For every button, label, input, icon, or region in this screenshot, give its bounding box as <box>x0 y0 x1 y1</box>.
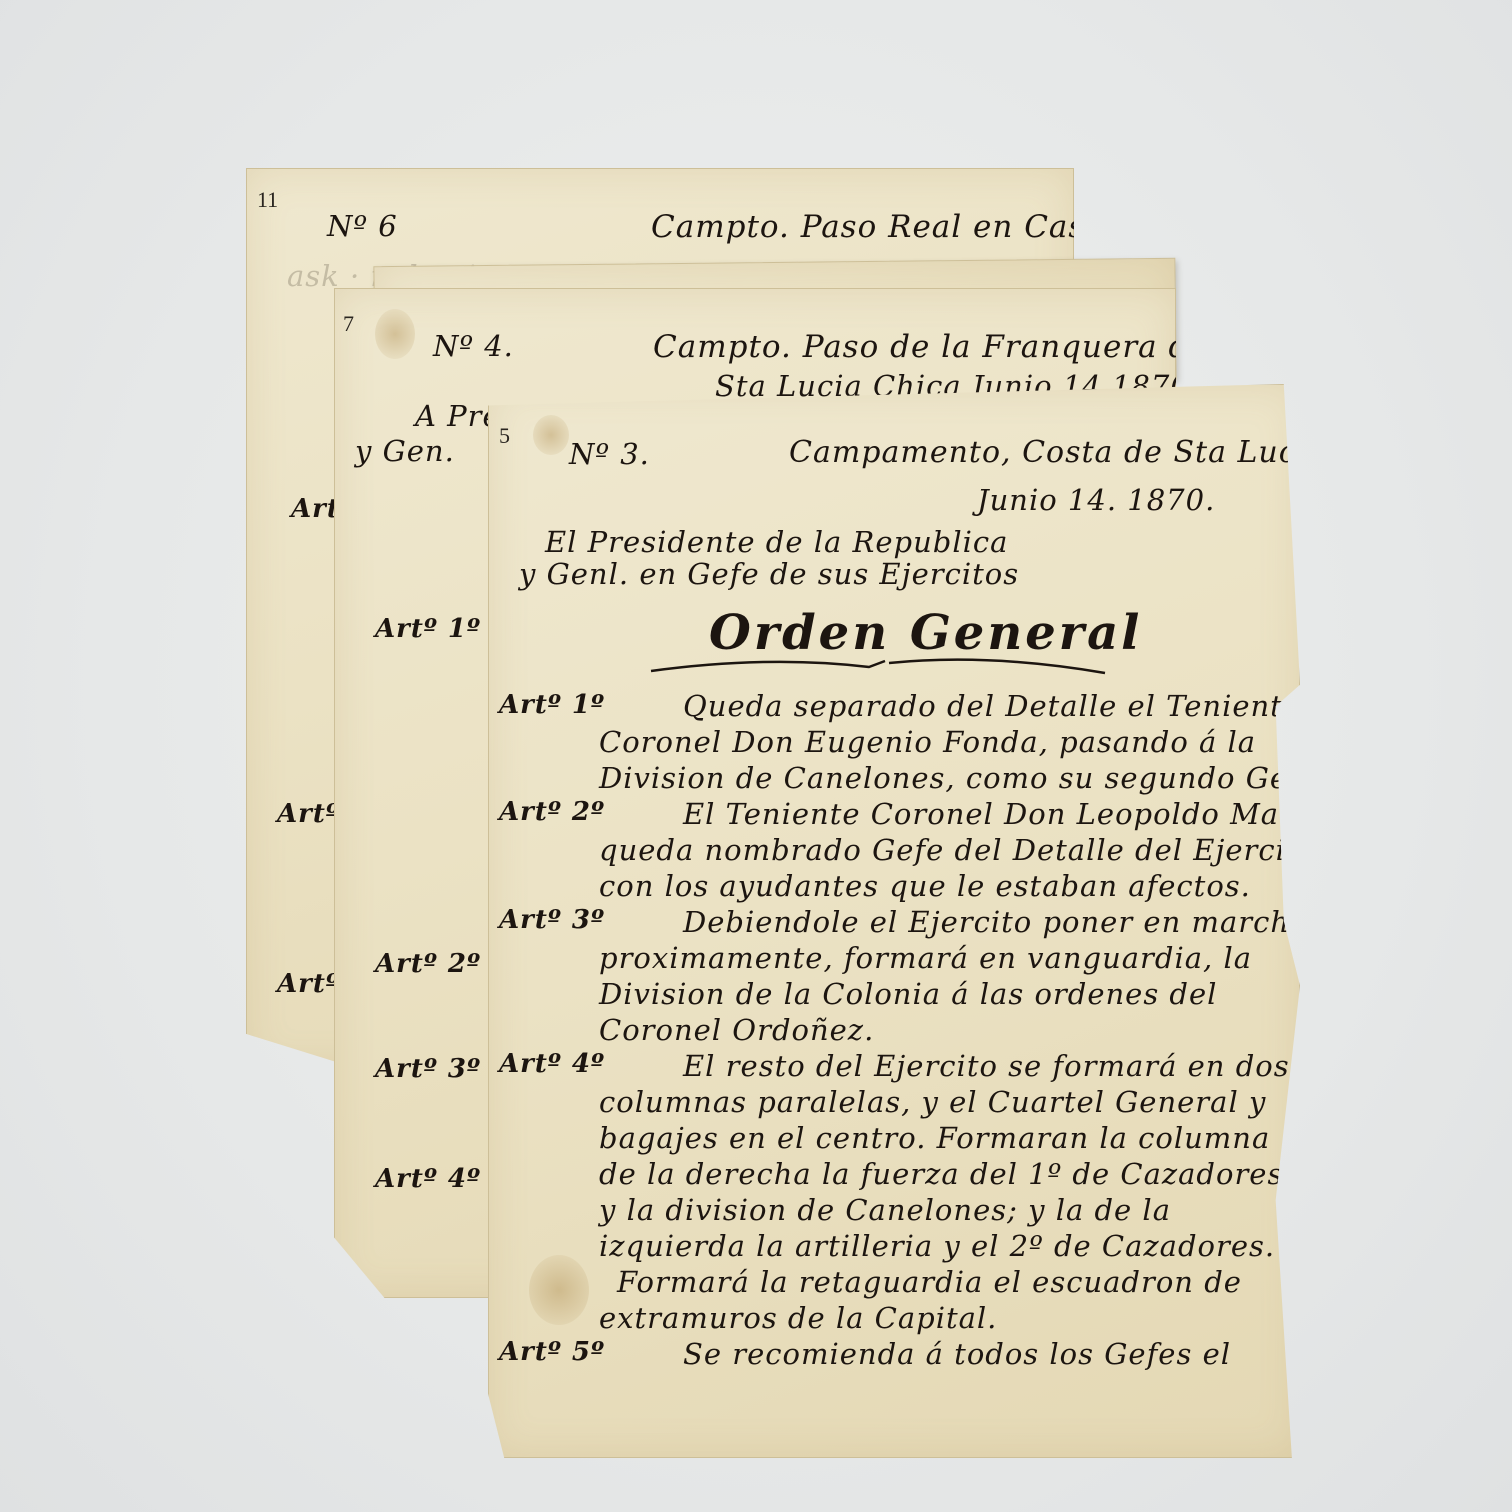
article-line: Queda separado del Detalle el Teniente <box>683 689 1301 723</box>
article-line: Division de la Colonia á las ordenes del <box>599 977 1217 1011</box>
article-line: y la division de Canelones; y la de la <box>599 1193 1171 1227</box>
article-line: Coronel Don Eugenio Fonda, pasando á la <box>599 725 1256 759</box>
article-line: con los ayudantes que le estaban afectos… <box>599 869 1251 903</box>
document-number: Nº 6 <box>327 209 398 243</box>
article-label: Artº 3º <box>499 905 605 935</box>
article-line: queda nombrado Gefe del Detalle del Ejer… <box>599 833 1317 867</box>
article-label: Artº 1º <box>499 690 605 720</box>
article-line: Division de Canelones, como su segundo G… <box>599 761 1328 795</box>
document-number: Nº 4. <box>433 329 514 363</box>
article-line: El resto del Ejercito se formará en dos <box>683 1049 1290 1083</box>
page-number: 11 <box>257 187 278 213</box>
article-line: extramuros de la Capital. <box>599 1301 997 1335</box>
stain <box>529 1255 589 1325</box>
article-label: Artº 2º <box>499 797 605 827</box>
article-label: Artº 4º <box>499 1049 605 1079</box>
article-line: columnas paralelas, y el Cuartel General… <box>599 1085 1266 1119</box>
article-line: Coronel Ordoñez. <box>599 1013 874 1047</box>
article-label: Artº 1º <box>375 614 481 644</box>
stain <box>533 415 569 455</box>
article-line: de la derecha la fuerza del 1º de Cazado… <box>599 1157 1283 1191</box>
address-fragment: A Pre <box>415 399 501 433</box>
camp-header: Campto. Paso Real en Castro <box>651 209 1134 245</box>
page-number: 5 <box>499 423 510 449</box>
article-line: El Teniente Coronel Don Leopoldo Mancini <box>683 797 1356 831</box>
address-line-1: El Presidente de la Republica <box>545 525 1008 559</box>
document-number: Nº 3. <box>569 437 650 471</box>
article-label: Artº 4º <box>375 1164 481 1194</box>
article-line: bagajes en el centro. Formaran la column… <box>599 1121 1270 1155</box>
article-line: Debiendole el Ejercito poner en marcha <box>683 905 1308 939</box>
article-line: Formará la retaguardia el escuadron de <box>617 1265 1242 1299</box>
camp-header: Campamento, Costa de Sta Lucia Chica <box>789 435 1428 470</box>
article-label: Artº <box>277 799 340 829</box>
page-number: 7 <box>343 311 354 337</box>
camp-header: Campto. Paso de la Franquera de <box>653 329 1209 365</box>
manuscript-sheet-5: 5 Nº 3. Campamento, Costa de Sta Lucia C… <box>488 384 1300 1458</box>
article-line: izquierda la artilleria y el 2º de Cazad… <box>599 1229 1275 1263</box>
article-label: Artº 2º <box>375 949 481 979</box>
date: Junio 14. 1870. <box>977 483 1215 517</box>
article-label: Artº 3º <box>375 1054 481 1084</box>
article-label: Artº 5º <box>499 1337 605 1367</box>
address-line-2: y Genl. en Gefe de sus Ejercitos <box>519 557 1019 591</box>
address-fragment: y Gen. <box>355 434 455 468</box>
article-label: Artº <box>277 969 340 999</box>
article-line: proximamente, formará en vanguardia, la <box>599 941 1252 975</box>
article-line: Se recomienda á todos los Gefes el <box>683 1337 1231 1371</box>
stain <box>375 309 415 359</box>
title-flourish <box>649 653 1109 683</box>
